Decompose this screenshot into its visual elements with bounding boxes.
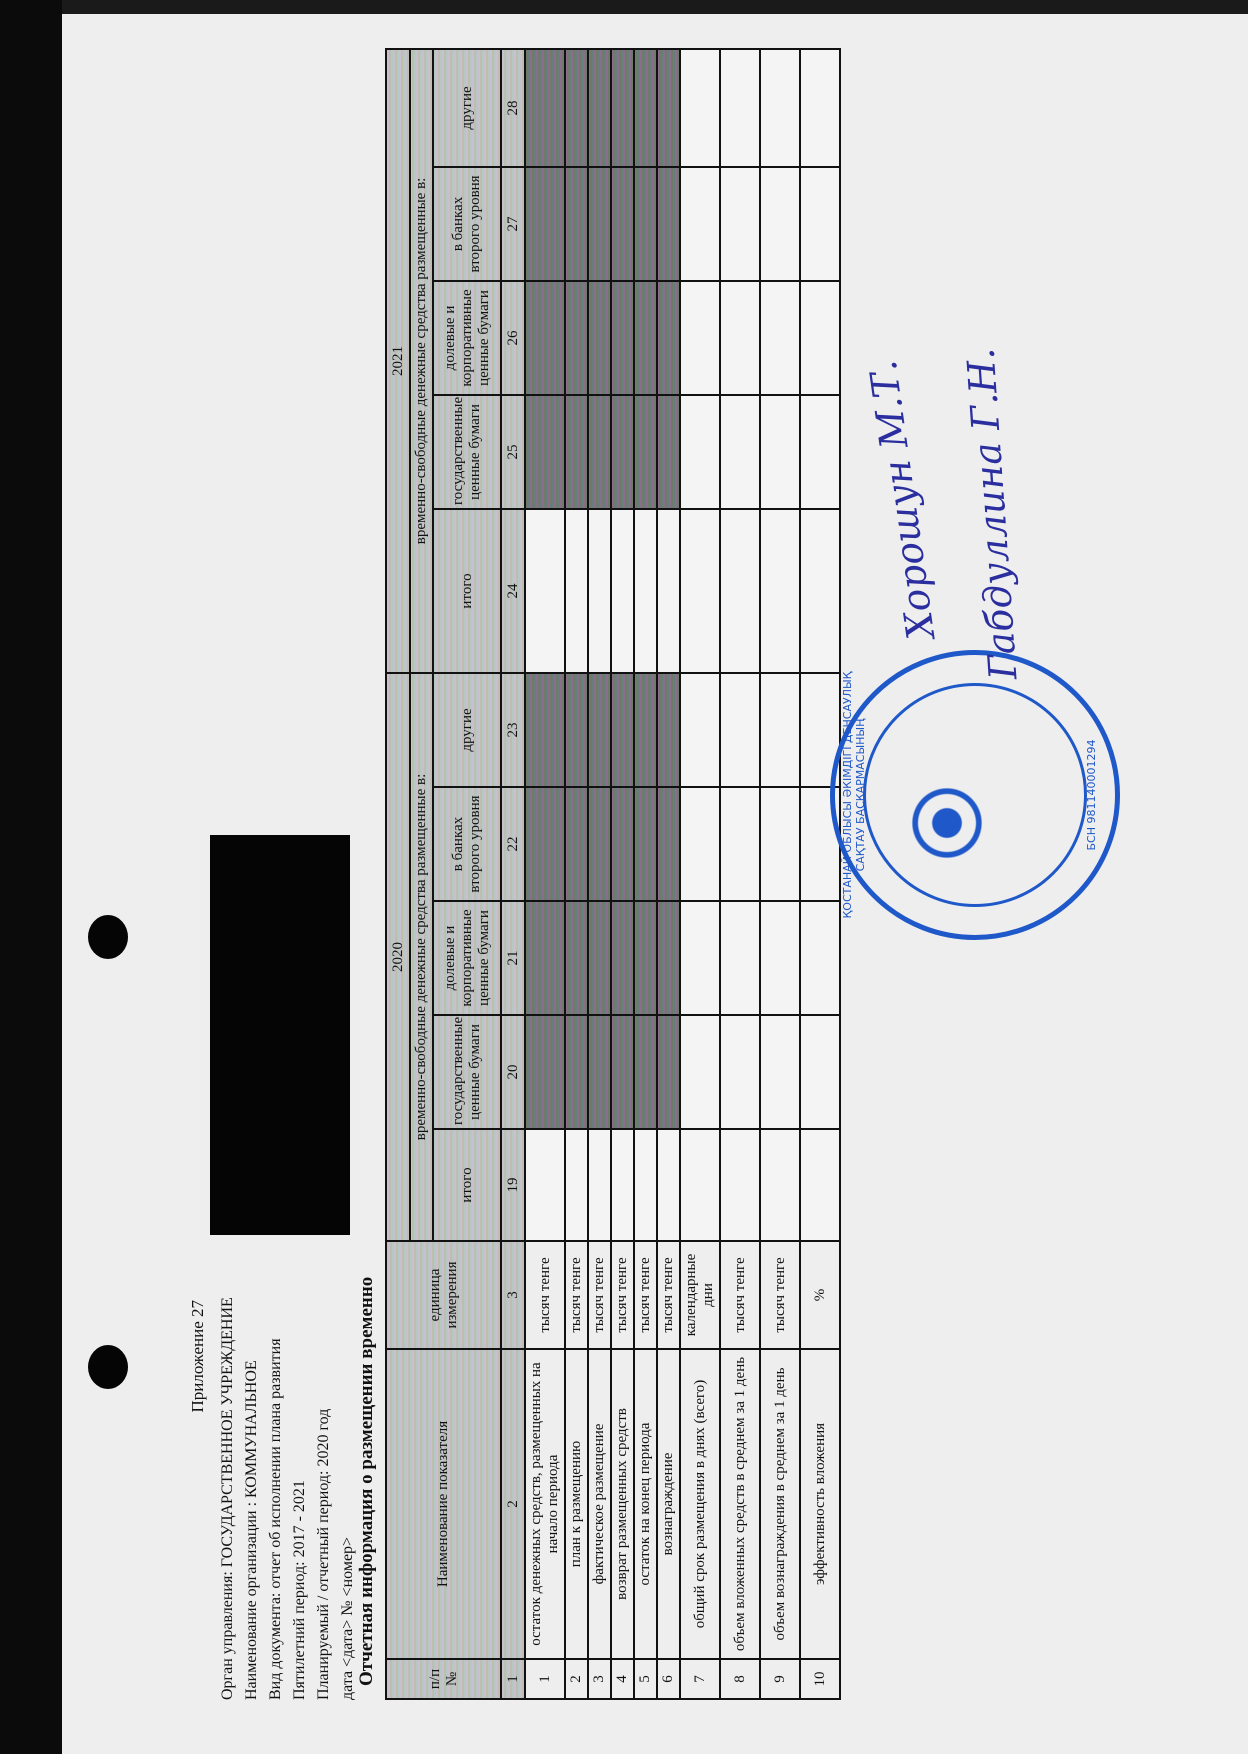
value-cell [760, 1015, 800, 1129]
value-cell [588, 1129, 611, 1241]
value-cell [680, 49, 720, 167]
document-page: Приложение 27 Орган управления: ГОСУДАРС… [180, 100, 1180, 1700]
column-number: 21 [501, 901, 525, 1015]
row-number: 8 [720, 1659, 760, 1699]
column-number: 28 [501, 49, 525, 167]
meta-line: Наименование организации : КОММУНАЛЬНОЕ [240, 1297, 264, 1700]
value-cell [634, 1129, 657, 1241]
value-cell [657, 787, 680, 901]
row-number: 4 [611, 1659, 634, 1699]
value-cell [634, 281, 657, 395]
value-cell [720, 395, 760, 509]
scan-border-top [62, 0, 1248, 14]
report-table: п/п № Наименование показателя единица из… [385, 48, 841, 1700]
column-number: 27 [501, 167, 525, 281]
value-cell [680, 1015, 720, 1129]
value-cell [634, 49, 657, 167]
table-row: 8объем вложенных средств в среднем за 1 … [720, 49, 760, 1699]
column-number: 23 [501, 673, 525, 787]
row-label: эффективность вложения [800, 1349, 840, 1659]
value-cell [588, 901, 611, 1015]
row-label: вознаграждение [657, 1349, 680, 1659]
row-number: 9 [760, 1659, 800, 1699]
column-number: 20 [501, 1015, 525, 1129]
table-row: 4возврат размещенных средствтысяч тенге [611, 49, 634, 1699]
row-label: остаток на конец периода [634, 1349, 657, 1659]
header-group-2020: временно-свободные денежные средства раз… [410, 673, 433, 1241]
header-group-2021: временно-свободные денежные средства раз… [410, 49, 433, 673]
row-unit: тысяч тенге [588, 1241, 611, 1349]
header-year-2021: 2021 [386, 49, 410, 673]
column-number: 22 [501, 787, 525, 901]
value-cell [720, 1015, 760, 1129]
value-cell [760, 1129, 800, 1241]
value-cell [565, 281, 588, 395]
value-cell [720, 509, 760, 673]
row-unit: тысяч тенге [525, 1241, 565, 1349]
header-col-2020-4: другие [433, 673, 501, 787]
value-cell [565, 509, 588, 673]
value-cell [680, 167, 720, 281]
value-cell [525, 281, 565, 395]
value-cell [634, 1015, 657, 1129]
value-cell [525, 167, 565, 281]
punch-hole [88, 1345, 128, 1389]
header-col-2020-3: в банках второго уровня [433, 787, 501, 901]
row-number: 3 [588, 1659, 611, 1699]
value-cell [611, 167, 634, 281]
value-cell [588, 673, 611, 787]
value-cell [611, 787, 634, 901]
value-cell [565, 787, 588, 901]
value-cell [680, 901, 720, 1015]
stamp-emblem-icon [897, 773, 997, 873]
value-cell [800, 901, 840, 1015]
value-cell [634, 901, 657, 1015]
value-cell [611, 49, 634, 167]
table-row: 3фактическое размещениетысяч тенге [588, 49, 611, 1699]
value-cell [657, 281, 680, 395]
value-cell [657, 1015, 680, 1129]
row-label: остаток денежных средств, размещенных на… [525, 1349, 565, 1659]
column-number: 25 [501, 395, 525, 509]
row-label: возврат размещенных средств [611, 1349, 634, 1659]
value-cell [525, 673, 565, 787]
signature-1: Хорошун М.Т. [861, 358, 944, 642]
column-number: 1 [501, 1659, 525, 1699]
table-row: 6вознаграждениетысяч тенге [657, 49, 680, 1699]
value-cell [634, 787, 657, 901]
value-cell [760, 509, 800, 673]
value-cell [657, 509, 680, 673]
header-unit: единица измерения [386, 1241, 501, 1349]
official-stamp: ҚОСТАНАЙ ОБЛЫСЫ ӘКІМДІГІ ДЕНСАУЛЫҚ САҚТА… [830, 650, 1120, 940]
row-label: фактическое размещение [588, 1349, 611, 1659]
table-row: 2план к размещениютысяч тенге [565, 49, 588, 1699]
row-number: 10 [800, 1659, 840, 1699]
value-cell [760, 673, 800, 787]
value-cell [680, 787, 720, 901]
value-cell [634, 167, 657, 281]
value-cell [525, 1129, 565, 1241]
value-cell [525, 901, 565, 1015]
value-cell [525, 1015, 565, 1129]
row-number: 6 [657, 1659, 680, 1699]
row-label: объем вознаграждения в среднем за 1 день [760, 1349, 800, 1659]
row-unit: календарные дни [680, 1241, 720, 1349]
row-number: 1 [525, 1659, 565, 1699]
value-cell [680, 509, 720, 673]
column-number: 26 [501, 281, 525, 395]
header-col-2021-1: государственные ценные бумаги [433, 395, 501, 509]
value-cell [657, 395, 680, 509]
table-row: 9объем вознаграждения в среднем за 1 ден… [760, 49, 800, 1699]
value-cell [800, 49, 840, 167]
value-cell [525, 787, 565, 901]
value-cell [565, 901, 588, 1015]
header-num: п/п № [386, 1659, 501, 1699]
value-cell [800, 1015, 840, 1129]
column-number: 2 [501, 1349, 525, 1659]
value-cell [720, 901, 760, 1015]
table-row: 5остаток на конец периодатысяч тенге [634, 49, 657, 1699]
row-label: план к размещению [565, 1349, 588, 1659]
value-cell [657, 673, 680, 787]
meta-line: Орган управления: ГОСУДАРСТВЕННОЕ УЧРЕЖД… [216, 1297, 240, 1700]
header-name: Наименование показателя [386, 1349, 501, 1659]
header-year-2020: 2020 [386, 673, 410, 1241]
header-col-2020-2: долевые и корпоративные ценные бумаги [433, 901, 501, 1015]
header-col-2020-1: государственные ценные бумаги [433, 1015, 501, 1129]
value-cell [760, 901, 800, 1015]
value-cell [680, 281, 720, 395]
column-number: 24 [501, 509, 525, 673]
value-cell [611, 281, 634, 395]
value-cell [680, 673, 720, 787]
value-cell [525, 395, 565, 509]
value-cell [634, 509, 657, 673]
document-meta: Орган управления: ГОСУДАРСТВЕННОЕ УЧРЕЖД… [216, 1297, 360, 1700]
value-cell [588, 509, 611, 673]
value-cell [760, 281, 800, 395]
value-cell [611, 1015, 634, 1129]
value-cell [760, 395, 800, 509]
column-number: 3 [501, 1241, 525, 1349]
meta-line: Пятилетний период: 2017 - 2021 [288, 1297, 312, 1700]
value-cell [657, 1129, 680, 1241]
header-col-2021-4: другие [433, 49, 501, 167]
meta-line: Вид документа: отчет об исполнении плана… [264, 1297, 288, 1700]
value-cell [565, 49, 588, 167]
value-cell [657, 901, 680, 1015]
header-col-2020-0: итого [433, 1129, 501, 1241]
value-cell [657, 49, 680, 167]
column-number: 19 [501, 1129, 525, 1241]
annex-label: Приложение 27 [188, 1300, 208, 1700]
value-cell [800, 1129, 840, 1241]
value-cell [720, 673, 760, 787]
value-cell [588, 281, 611, 395]
value-cell [720, 49, 760, 167]
value-cell [611, 901, 634, 1015]
value-cell [800, 281, 840, 395]
value-cell [720, 787, 760, 901]
scan-border [0, 0, 62, 1754]
row-label: объем вложенных средств в среднем за 1 д… [720, 1349, 760, 1659]
value-cell [565, 1015, 588, 1129]
value-cell [680, 1129, 720, 1241]
signature-2: Габдуллина Г.Н. [958, 347, 1025, 681]
value-cell [634, 395, 657, 509]
value-cell [680, 395, 720, 509]
row-number: 5 [634, 1659, 657, 1699]
redaction-box [210, 835, 350, 1235]
value-cell [760, 49, 800, 167]
value-cell [720, 167, 760, 281]
row-unit: тысяч тенге [657, 1241, 680, 1349]
value-cell [588, 49, 611, 167]
value-cell [611, 673, 634, 787]
value-cell [800, 509, 840, 673]
row-label: общий срок размещения в днях (всего) [680, 1349, 720, 1659]
document-title: Отчетная информация о размещении временн… [356, 1277, 378, 1686]
row-unit: тысяч тенге [720, 1241, 760, 1349]
value-cell [611, 395, 634, 509]
value-cell [611, 1129, 634, 1241]
value-cell [565, 673, 588, 787]
header-col-2021-0: итого [433, 509, 501, 673]
value-cell [760, 167, 800, 281]
row-unit: тысяч тенге [611, 1241, 634, 1349]
value-cell [611, 509, 634, 673]
value-cell [588, 787, 611, 901]
row-unit: тысяч тенге [634, 1241, 657, 1349]
value-cell [634, 673, 657, 787]
row-unit: % [800, 1241, 840, 1349]
row-number: 2 [565, 1659, 588, 1699]
value-cell [800, 395, 840, 509]
value-cell [720, 1129, 760, 1241]
value-cell [525, 49, 565, 167]
value-cell [588, 1015, 611, 1129]
value-cell [657, 167, 680, 281]
row-unit: тысяч тенге [565, 1241, 588, 1349]
value-cell [760, 787, 800, 901]
value-cell [720, 281, 760, 395]
punch-hole [88, 915, 128, 959]
row-number: 7 [680, 1659, 720, 1699]
row-unit: тысяч тенге [760, 1241, 800, 1349]
value-cell [565, 395, 588, 509]
header-col-2021-2: долевые и корпоративные ценные бумаги [433, 281, 501, 395]
value-cell [565, 167, 588, 281]
table-row: 1остаток денежных средств, размещенных н… [525, 49, 565, 1699]
table-row: 10эффективность вложения% [800, 49, 840, 1699]
stamp-bin: БСН 981140001294 [1085, 655, 1098, 935]
value-cell [588, 395, 611, 509]
table-row: 7общий срок размещения в днях (всего)кал… [680, 49, 720, 1699]
value-cell [565, 1129, 588, 1241]
meta-line: Планируемый / отчетный период: 2020 год [312, 1297, 336, 1700]
value-cell [525, 509, 565, 673]
value-cell [588, 167, 611, 281]
value-cell [800, 167, 840, 281]
header-col-2021-3: в банках второго уровня [433, 167, 501, 281]
